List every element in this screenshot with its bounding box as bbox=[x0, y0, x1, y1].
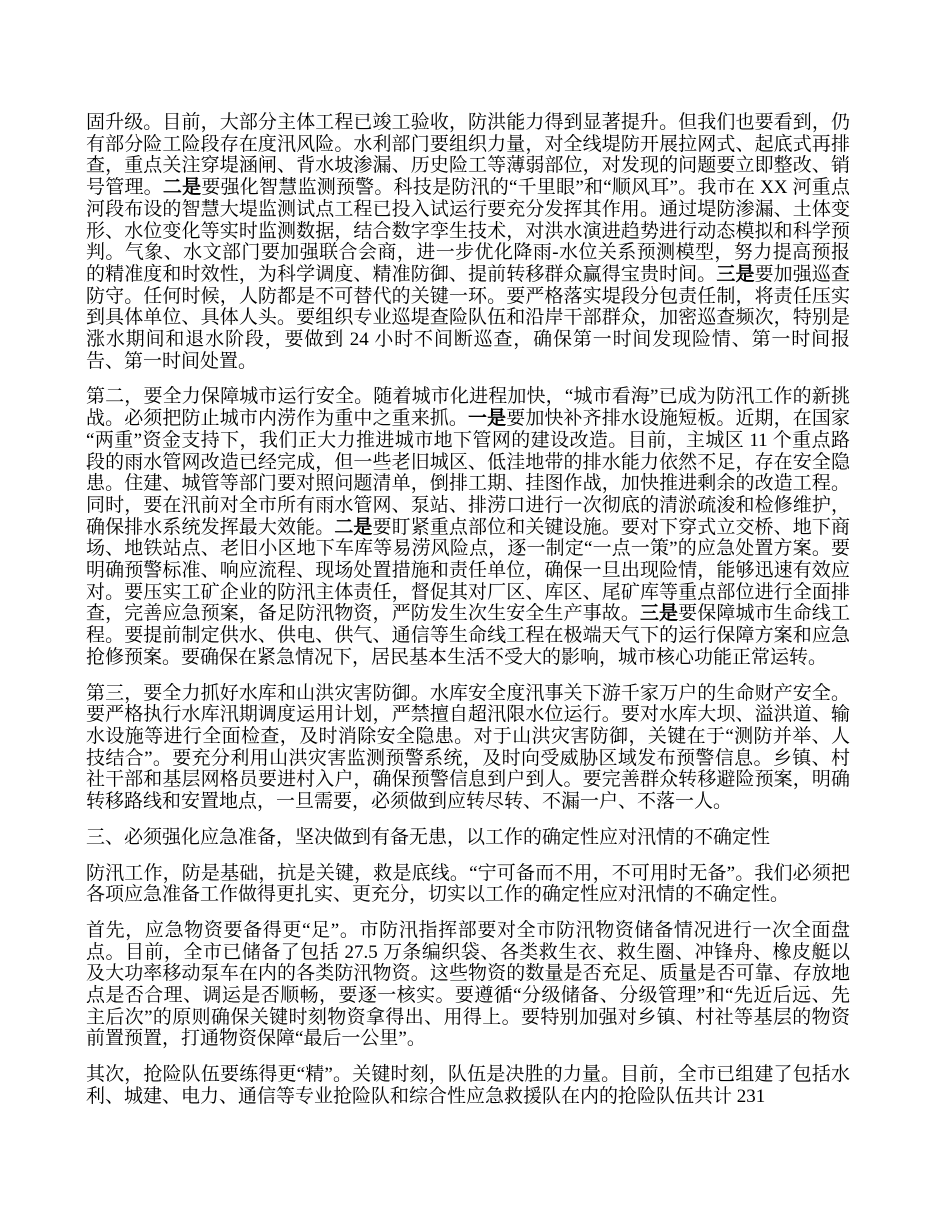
text-run: 首先，应急物资要备得更“足”。市防汛指挥部要对全市防汛物资储备情况进行一次全面盘… bbox=[86, 920, 850, 1050]
paragraph: 其次，抢险队伍要练得更“精”。关键时刻，队伍是决胜的力量。目前，全市已组建了包括… bbox=[86, 1064, 850, 1107]
text-run: 其次，抢险队伍要练得更“精”。关键时刻，队伍是决胜的力量。目前，全市已组建了包括… bbox=[86, 1064, 850, 1107]
paragraph: 第二，要全力保障城市运行安全。随着城市化进程加快，“城市看海”已成为防汛工作的新… bbox=[86, 386, 850, 668]
document-body: 固升级。目前，大部分主体工程已竣工验收，防洪能力得到显著提升。但我们也要看到，仍… bbox=[0, 0, 950, 1108]
paragraph: 固升级。目前，大部分主体工程已竣工验收，防洪能力得到显著提升。但我们也要看到，仍… bbox=[86, 112, 850, 372]
text-run: 第三，要全力抓好水库和山洪灾害防御。水库安全度汛事关下游千家万户的生命财产安全。… bbox=[86, 683, 850, 813]
bold-run: 三是 bbox=[716, 264, 754, 285]
text-run: 三、必须强化应急准备，坚决做到有备无患，以工作的确定性应对汛情的不确定性 bbox=[86, 827, 770, 848]
bold-run: 三是 bbox=[640, 603, 678, 624]
paragraph: 第三，要全力抓好水库和山洪灾害防御。水库安全度汛事关下游千家万户的生命财产安全。… bbox=[86, 683, 850, 813]
section-heading: 三、必须强化应急准备，坚决做到有备无患，以工作的确定性应对汛情的不确定性 bbox=[86, 827, 850, 849]
bold-run: 一是 bbox=[468, 408, 506, 429]
paragraph: 防汛工作，防是基础，抗是关键，救是底线。“宁可备而不用，不可用时无备”。我们必须… bbox=[86, 863, 850, 906]
bold-run: 二是 bbox=[334, 517, 372, 538]
text-run: 防汛工作，防是基础，抗是关键，救是底线。“宁可备而不用，不可用时无备”。我们必须… bbox=[86, 863, 850, 906]
bold-run: 二是 bbox=[163, 177, 201, 198]
paragraph: 首先，应急物资要备得更“足”。市防汛指挥部要对全市防汛物资储备情况进行一次全面盘… bbox=[86, 920, 850, 1050]
document-page: 固升级。目前，大部分主体工程已竣工验收，防洪能力得到显著提升。但我们也要看到，仍… bbox=[0, 0, 950, 1230]
